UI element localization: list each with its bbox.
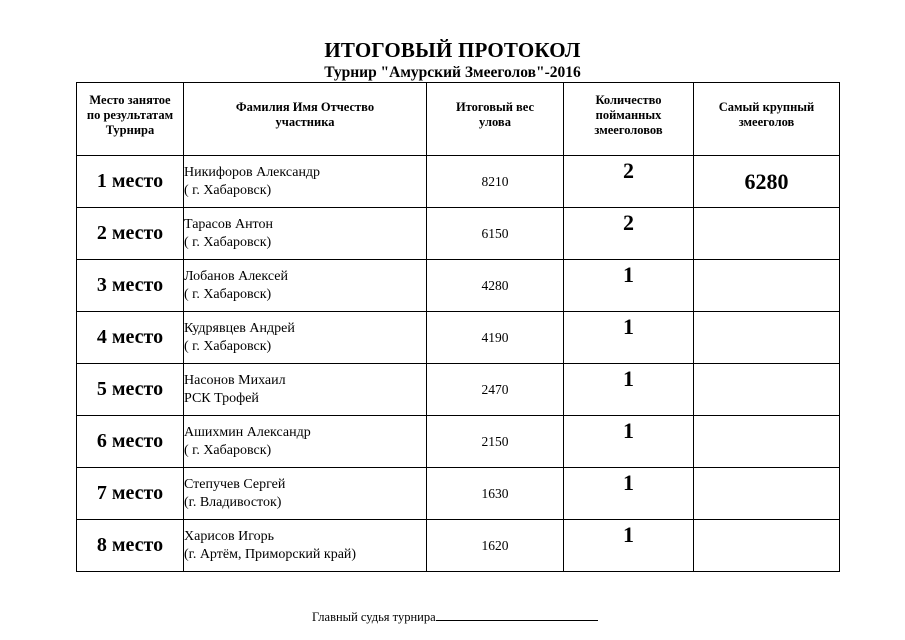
biggest-cell [694,260,840,312]
document-title: ИТОГОВЫЙ ПРОТОКОЛ [0,37,905,63]
count-cell: 1 [564,468,694,520]
participant-cell: Ашихмин Александр( г. Хабаровск) [184,416,427,468]
participant-cell: Насонов МихаилРСК Трофей [184,364,427,416]
weight-cell: 4190 [427,312,564,364]
signature-line [436,608,598,621]
count-cell: 2 [564,208,694,260]
weight-cell: 6150 [427,208,564,260]
place-cell: 7 место [77,468,184,520]
participant-origin: ( г. Хабаровск) [184,183,271,198]
participant-cell: Никифоров Александр( г. Хабаровск) [184,156,427,208]
results-table: Место занятое по результатам Турнира Фам… [76,82,840,572]
weight-cell: 1630 [427,468,564,520]
header-name: Фамилия Имя Отчество участника [184,83,427,156]
table-row: 7 местоСтепучев Сергей(г. Владивосток)16… [77,468,840,520]
header-row: Место занятое по результатам Турнира Фам… [77,83,840,156]
participant-cell: Тарасов Антон( г. Хабаровск) [184,208,427,260]
place-cell: 3 место [77,260,184,312]
count-cell: 2 [564,156,694,208]
place-cell: 4 место [77,312,184,364]
table-row: 4 местоКудрявцев Андрей( г. Хабаровск)41… [77,312,840,364]
participant-name: Харисов Игорь [184,529,274,544]
biggest-cell [694,208,840,260]
count-cell: 1 [564,312,694,364]
weight-cell: 4280 [427,260,564,312]
participant-name: Ашихмин Александр [184,425,311,440]
participant-origin: (г. Артём, Приморский край) [184,547,356,562]
biggest-cell [694,520,840,572]
weight-cell: 2150 [427,416,564,468]
place-cell: 6 место [77,416,184,468]
biggest-cell [694,416,840,468]
participant-name: Насонов Михаил [184,373,286,388]
participant-cell: Кудрявцев Андрей( г. Хабаровск) [184,312,427,364]
weight-cell: 8210 [427,156,564,208]
participant-origin: ( г. Хабаровск) [184,339,271,354]
participant-origin: ( г. Хабаровск) [184,287,271,302]
table-row: 1 местоНикифоров Александр( г. Хабаровск… [77,156,840,208]
participant-origin: ( г. Хабаровск) [184,443,271,458]
header-weight: Итоговый вес улова [427,83,564,156]
count-cell: 1 [564,520,694,572]
table-row: 6 местоАшихмин Александр( г. Хабаровск)2… [77,416,840,468]
place-cell: 1 место [77,156,184,208]
count-cell: 1 [564,364,694,416]
table-row: 5 местоНасонов МихаилРСК Трофей24701 [77,364,840,416]
header-biggest: Самый крупный змееголов [694,83,840,156]
count-cell: 1 [564,416,694,468]
participant-cell: Лобанов Алексей( г. Хабаровск) [184,260,427,312]
biggest-cell [694,312,840,364]
participant-origin: РСК Трофей [184,391,259,406]
table-row: 3 местоЛобанов Алексей( г. Хабаровск)428… [77,260,840,312]
document-subtitle: Турнир "Амурский Змееголов"-2016 [0,64,905,82]
participant-name: Степучев Сергей [184,477,285,492]
count-cell: 1 [564,260,694,312]
biggest-cell [694,468,840,520]
biggest-cell [694,364,840,416]
place-cell: 8 место [77,520,184,572]
participant-name: Никифоров Александр [184,165,320,180]
biggest-cell: 6280 [694,156,840,208]
place-cell: 2 место [77,208,184,260]
table-row: 8 местоХарисов Игорь(г. Артём, Приморски… [77,520,840,572]
table-row: 2 местоТарасов Антон( г. Хабаровск)61502 [77,208,840,260]
judge-signature: Главный судья турнира [312,608,598,625]
participant-name: Тарасов Антон [184,217,273,232]
participant-cell: Харисов Игорь(г. Артём, Приморский край) [184,520,427,572]
participant-origin: ( г. Хабаровск) [184,235,271,250]
participant-origin: (г. Владивосток) [184,495,281,510]
weight-cell: 1620 [427,520,564,572]
header-count: Количество пойманных змееголовов [564,83,694,156]
weight-cell: 2470 [427,364,564,416]
judge-label: Главный судья турнира [312,610,436,624]
participant-cell: Степучев Сергей(г. Владивосток) [184,468,427,520]
participant-name: Лобанов Алексей [184,269,288,284]
header-place: Место занятое по результатам Турнира [77,83,184,156]
participant-name: Кудрявцев Андрей [184,321,295,336]
place-cell: 5 место [77,364,184,416]
